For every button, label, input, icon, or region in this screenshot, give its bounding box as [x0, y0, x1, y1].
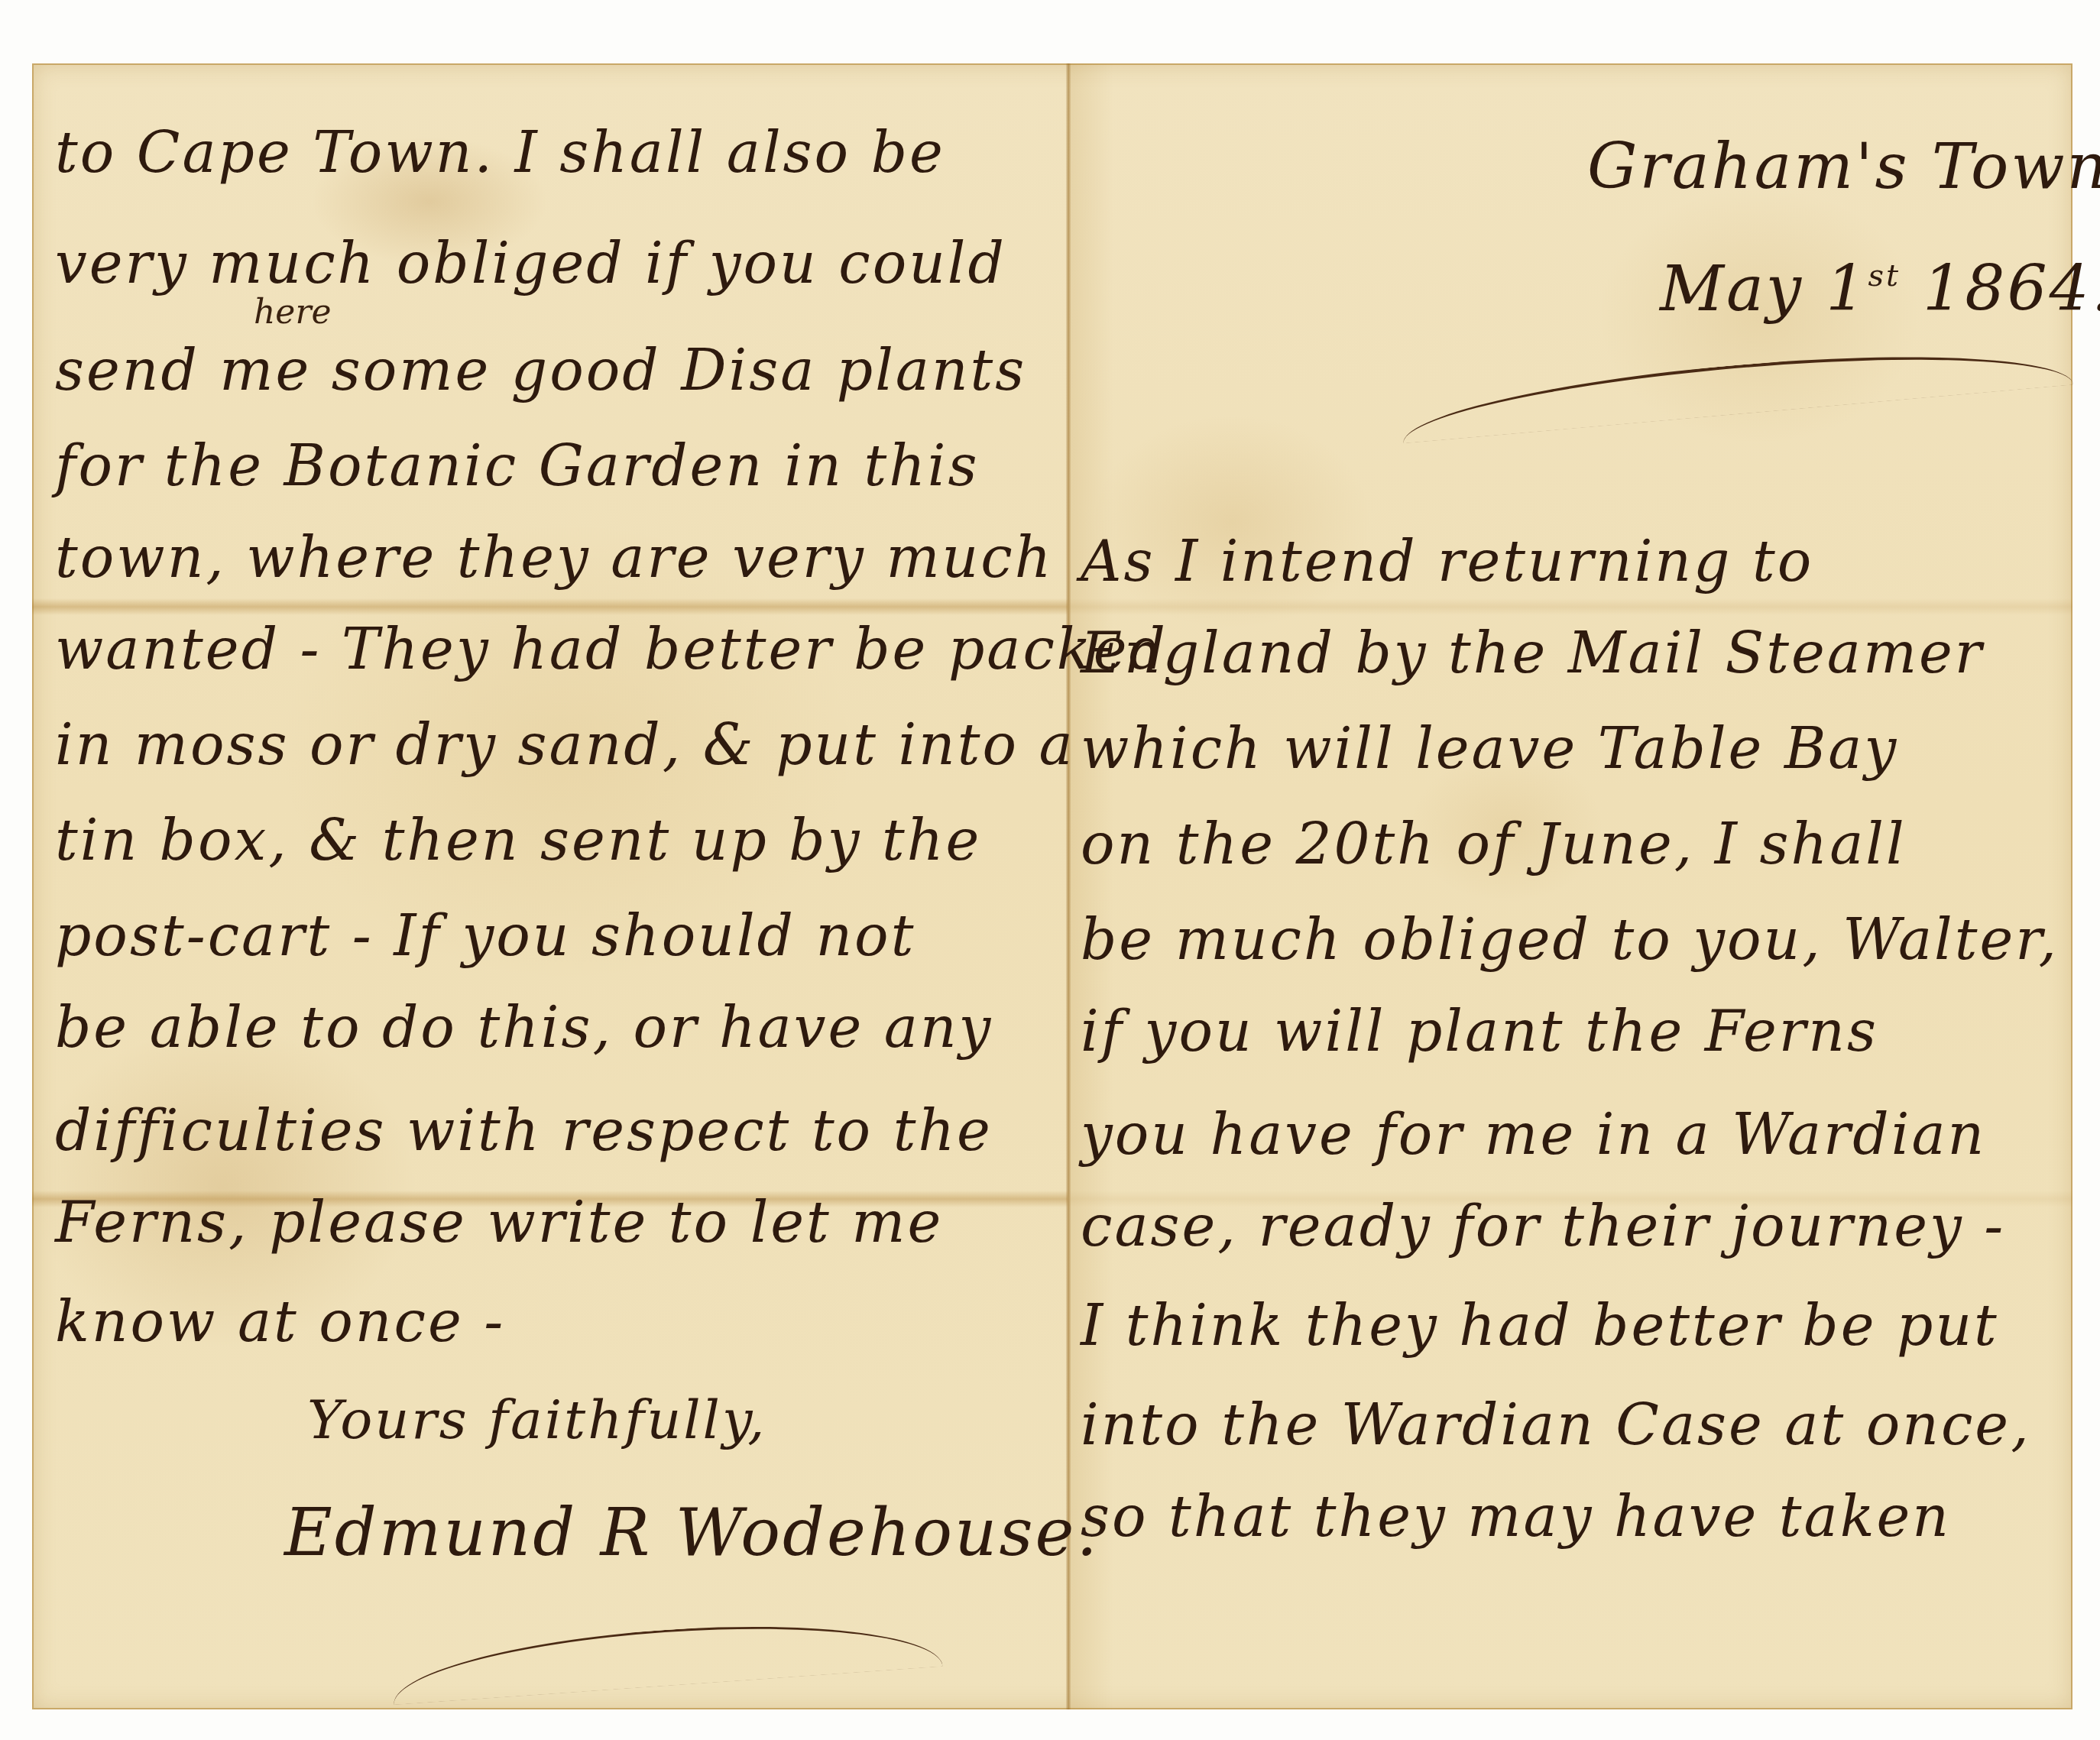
left-line-13: know at once -	[55, 1294, 505, 1350]
left-line-5: town, where they are very much	[55, 530, 1053, 586]
right-line-2: England by the Mail Steamer	[1081, 625, 1984, 682]
left-line-2: very much obliged if you could	[55, 235, 1006, 292]
right-line-11: so that they may have taken	[1081, 1489, 1951, 1545]
left-line-12: Ferns, please write to let me	[55, 1194, 943, 1251]
left-line-10: be able to do this, or have any	[55, 1000, 993, 1056]
left-line-8: tin box, & then sent up by the	[55, 812, 981, 869]
left-line-3: send me some good Disa plants	[55, 342, 1026, 399]
left-line-9: post-cart - If you should not	[55, 908, 916, 964]
left-line-1: to Cape Town. I shall also be	[55, 125, 945, 181]
right-line-3: which will leave Table Bay	[1081, 721, 1898, 777]
date-month-day: May 1	[1660, 253, 1868, 326]
right-line-7: you have for me in a Wardian	[1081, 1107, 1986, 1163]
left-line-11: difficulties with respect to the	[55, 1103, 993, 1159]
horizontal-fold-right-upper	[1068, 598, 2072, 615]
letter-sheet: Graham's Town. May 1st 1864. As I intend…	[32, 63, 2072, 1709]
left-line-7: in moss or dry sand, & put into a	[55, 717, 1075, 773]
date-year: 1864.	[1923, 253, 2100, 326]
vertical-fold-crease	[1066, 63, 1071, 1709]
left-line-4: for the Botanic Garden in this	[55, 438, 979, 494]
right-line-1: As I intend returning to	[1081, 533, 1813, 590]
insertion-here: here	[254, 293, 331, 332]
right-line-9: I think they had better be put	[1081, 1298, 1999, 1354]
right-line-8: case, ready for their journey -	[1081, 1198, 2005, 1255]
letter-place: Graham's Town.	[1587, 136, 2100, 199]
right-line-4: on the 20th of June, I shall	[1081, 816, 1907, 873]
right-line-5: be much obliged to you, Walter,	[1081, 912, 2059, 968]
right-line-10: into the Wardian Case at once,	[1081, 1397, 2031, 1453]
letter-closing: Yours faithfully,	[307, 1393, 767, 1447]
right-line-6: if you will plant the Ferns	[1081, 1003, 1878, 1060]
left-page	[32, 63, 1068, 1709]
left-line-6: wanted - They had better be packed	[55, 621, 1168, 678]
horizontal-fold-stain-upper	[32, 598, 1068, 615]
date-ordinal: st	[1868, 258, 1901, 293]
letter-date: May 1st 1864.	[1660, 258, 2100, 321]
letter-signature: Edmund R Wodehouse.	[284, 1500, 1100, 1566]
